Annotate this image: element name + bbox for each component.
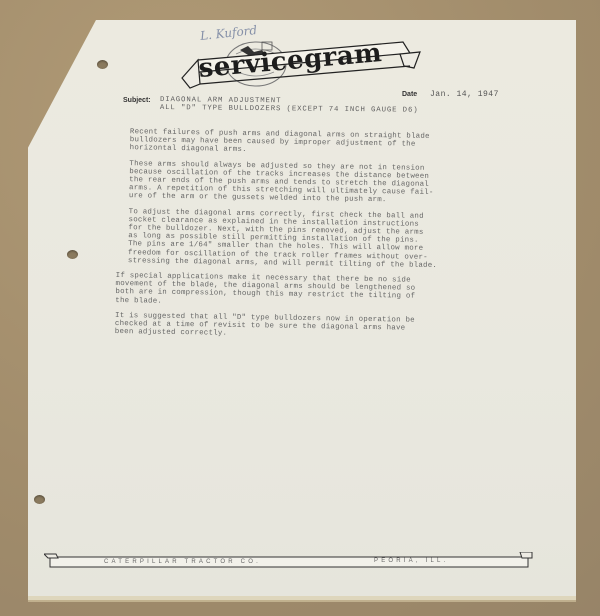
paragraph: To adjust the diagonal arms correctly, f… — [116, 208, 497, 271]
footer-city: PEORIA, ILL. — [374, 558, 448, 564]
date-label: Date — [402, 91, 417, 98]
punch-hole-top — [97, 60, 108, 69]
date-value: Jan. 14, 1947 — [430, 90, 499, 99]
punch-hole-bottom — [34, 495, 45, 504]
paragraph: These arms should always be adjusted so … — [117, 160, 498, 207]
paper-edge — [28, 596, 576, 602]
footer-company: CATERPILLAR TRACTOR CO. — [104, 559, 261, 565]
paragraph: Recent failures of push arms and diagona… — [118, 128, 498, 159]
subject-text: DIAGONAL ARM ADJUSTMENT ALL "D" TYPE BUL… — [160, 96, 419, 115]
servicegram-logo: servicegram — [178, 36, 423, 98]
subject-label: Subject: — [123, 97, 151, 104]
paragraph: It is suggested that all "D" type bulldo… — [115, 312, 495, 343]
paragraph: If special applications make it necessar… — [115, 272, 495, 311]
footer-banner: CATERPILLAR TRACTOR CO. PEORIA, ILL. — [44, 552, 534, 570]
document-body: Recent failures of push arms and diagona… — [115, 128, 498, 349]
punch-hole-middle — [67, 250, 78, 259]
